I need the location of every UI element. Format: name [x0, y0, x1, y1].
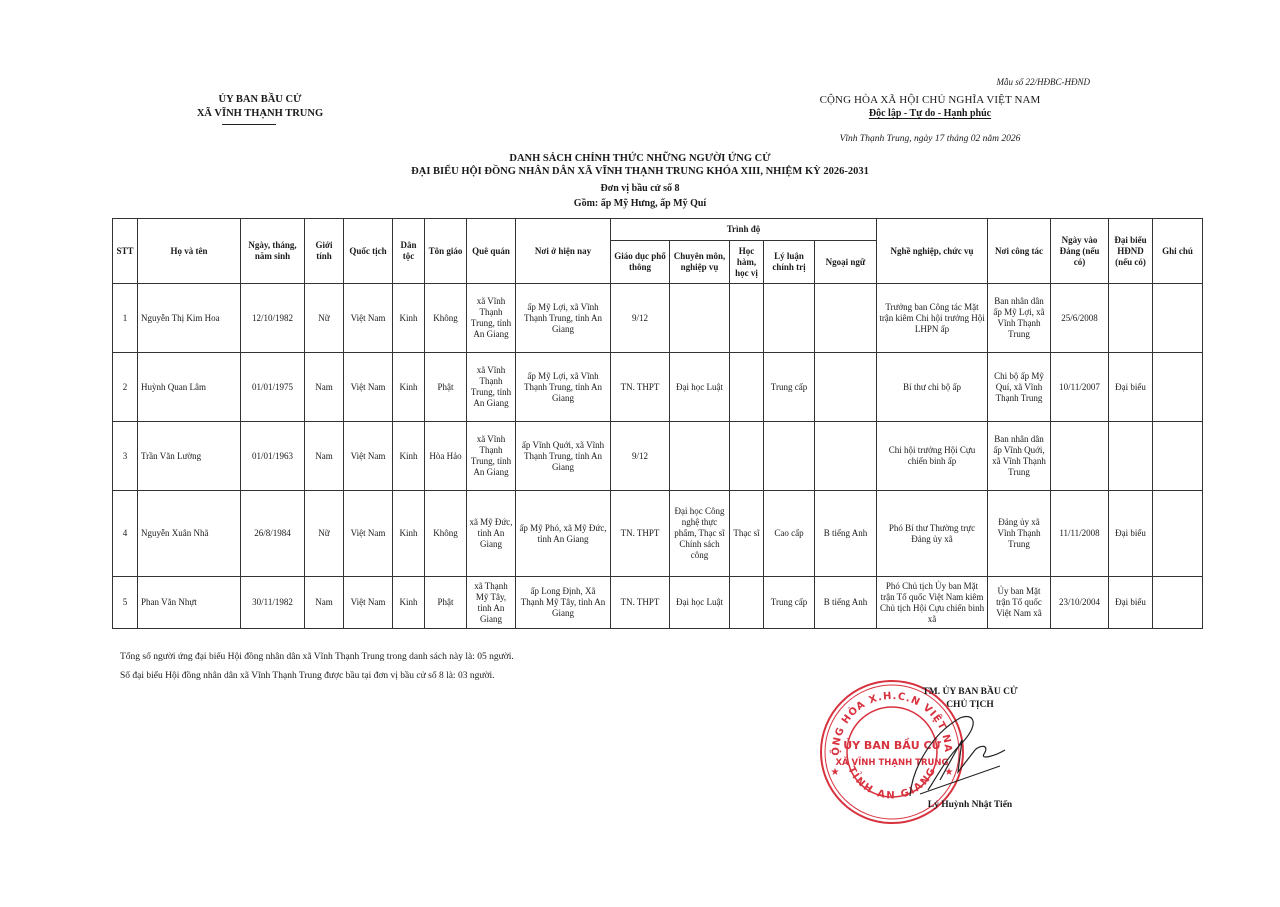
table-row: 1Nguyễn Thị Kim Hoa12/10/1982NữViệt NamK… — [113, 284, 1203, 353]
header-workplace: Nơi công tác — [988, 219, 1051, 284]
header-residence: Nơi ở hiện nay — [516, 219, 611, 284]
cell-nationality: Việt Nam — [344, 284, 393, 353]
org-underline-divider — [222, 124, 276, 125]
issuing-organization: ỦY BAN BẦU CỬ XÃ VĨNH THẠNH TRUNG — [150, 93, 370, 121]
cell-academic — [730, 353, 764, 422]
cell-general-edu: TN. THPT — [611, 577, 670, 629]
cell-gender: Nữ — [305, 491, 344, 577]
seal-star-left-icon: ★ — [831, 767, 840, 778]
cell-general-edu: TN. THPT — [611, 491, 670, 577]
header-nationality: Quốc tịch — [344, 219, 393, 284]
cell-stt: 5 — [113, 577, 138, 629]
title-line-2: ĐẠI BIỂU HỘI ĐỒNG NHÂN DÂN XÃ VĨNH THẠNH… — [300, 165, 980, 178]
table-row: 2Huỳnh Quan Lâm01/01/1975NamViệt NamKinh… — [113, 353, 1203, 422]
cell-political: Cao cấp — [764, 491, 815, 577]
cell-specialty — [670, 284, 730, 353]
cell-party-date: 25/6/2008 — [1051, 284, 1109, 353]
cell-note — [1153, 491, 1203, 577]
cell-gender: Nam — [305, 422, 344, 491]
cell-occupation: Phó Chủ tịch Ủy ban Mặt trận Tổ quốc Việ… — [877, 577, 988, 629]
cell-hometown: xã Mỹ Đức, tỉnh An Giang — [467, 491, 516, 577]
cell-ethnicity: Kinh — [393, 422, 425, 491]
cell-religion: Phật — [425, 353, 467, 422]
cell-dob: 30/11/1982 — [241, 577, 305, 629]
cell-council-member: Đại biểu — [1109, 577, 1153, 629]
cell-language — [815, 284, 877, 353]
cell-stt: 3 — [113, 422, 138, 491]
cell-residence: ấp Mỹ Lợi, xã Vĩnh Thạnh Trung, tỉnh An … — [516, 284, 611, 353]
header-dob: Ngày, tháng, năm sinh — [241, 219, 305, 284]
cell-workplace: Ban nhân dân ấp Vĩnh Quới, xã Vĩnh Thạnh… — [988, 422, 1051, 491]
national-motto: Độc lập - Tự do - Hạnh phúc — [770, 107, 1090, 121]
cell-name: Nguyễn Thị Kim Hoa — [138, 284, 241, 353]
cell-political — [764, 422, 815, 491]
cell-name: Nguyễn Xuân Nhã — [138, 491, 241, 577]
cell-council-member: Đại biểu — [1109, 491, 1153, 577]
cell-ethnicity: Kinh — [393, 353, 425, 422]
cell-name: Trần Văn Lường — [138, 422, 241, 491]
title-line-1: DANH SÁCH CHÍNH THỨC NHỮNG NGƯỜI ỨNG CỬ — [300, 152, 980, 165]
header-stt: STT — [113, 219, 138, 284]
cell-specialty: Đại học Luật — [670, 353, 730, 422]
table-row: 4Nguyễn Xuân Nhã26/8/1984NữViệt NamKinhK… — [113, 491, 1203, 577]
national-heading: CỘNG HÒA XÃ HỘI CHỦ NGHĨA VIỆT NAM Độc l… — [770, 93, 1090, 121]
elected-count-note: Số đại biểu Hội đồng nhân dân xã Vĩnh Th… — [120, 667, 514, 686]
form-number: Mẫu số 22/HĐBC-HĐND — [930, 77, 1090, 87]
cell-stt: 2 — [113, 353, 138, 422]
cell-council-member — [1109, 422, 1153, 491]
cell-ethnicity: Kinh — [393, 284, 425, 353]
cell-workplace: Ban nhân dân ấp Mỹ Lợi, xã Vĩnh Thạnh Tr… — [988, 284, 1051, 353]
header-political: Lý luận chính trị — [764, 241, 815, 284]
org-line-2: XÃ VĨNH THẠNH TRUNG — [150, 107, 370, 121]
cell-name: Phan Văn Nhựt — [138, 577, 241, 629]
cell-gender: Nam — [305, 353, 344, 422]
cell-dob: 01/01/1963 — [241, 422, 305, 491]
cell-dob: 26/8/1984 — [241, 491, 305, 577]
cell-note — [1153, 353, 1203, 422]
cell-academic: Thạc sĩ — [730, 491, 764, 577]
header-education-group: Trình độ — [611, 219, 877, 241]
header-name: Họ và tên — [138, 219, 241, 284]
cell-general-edu: 9/12 — [611, 284, 670, 353]
cell-specialty: Đại học Công nghệ thực phẩm, Thạc sĩ Chí… — [670, 491, 730, 577]
cell-residence: ấp Vĩnh Quới, xã Vĩnh Thạnh Trung, tỉnh … — [516, 422, 611, 491]
header-general-edu: Giáo dục phổ thông — [611, 241, 670, 284]
cell-occupation: Phó Bí thư Thường trực Đảng ủy xã — [877, 491, 988, 577]
cell-note — [1153, 577, 1203, 629]
electoral-unit: Đơn vị bầu cử số 8 — [300, 182, 980, 195]
cell-specialty — [670, 422, 730, 491]
cell-academic — [730, 577, 764, 629]
candidate-table: STT Họ và tên Ngày, tháng, năm sinh Giới… — [112, 218, 1203, 629]
cell-name: Huỳnh Quan Lâm — [138, 353, 241, 422]
cell-language — [815, 422, 877, 491]
electoral-unit-areas: Gồm: ấp Mỹ Hưng, ấp Mỹ Quí — [300, 197, 980, 210]
cell-ethnicity: Kinh — [393, 491, 425, 577]
table-row: 3Trần Văn Lường01/01/1963NamViệt NamKinh… — [113, 422, 1203, 491]
candidate-table-body: 1Nguyễn Thị Kim Hoa12/10/1982NữViệt NamK… — [113, 284, 1203, 629]
header-ethnicity: Dân tộc — [393, 219, 425, 284]
cell-language: B tiếng Anh — [815, 491, 877, 577]
header-occupation: Nghề nghiệp, chức vụ — [877, 219, 988, 284]
cell-political — [764, 284, 815, 353]
cell-academic — [730, 284, 764, 353]
document-title: DANH SÁCH CHÍNH THỨC NHỮNG NGƯỜI ỨNG CỬ … — [300, 152, 980, 210]
org-line-1: ỦY BAN BẦU CỬ — [150, 93, 370, 107]
cell-stt: 1 — [113, 284, 138, 353]
cell-occupation: Bí thư chi bộ ấp — [877, 353, 988, 422]
cell-religion: Hòa Hảo — [425, 422, 467, 491]
on-behalf-label: TM. ỦY BAN BẦU CỬ — [900, 686, 1040, 699]
header-language: Ngoại ngữ — [815, 241, 877, 284]
cell-nationality: Việt Nam — [344, 422, 393, 491]
header-gender: Giới tính — [305, 219, 344, 284]
cell-nationality: Việt Nam — [344, 491, 393, 577]
cell-party-date: 23/10/2004 — [1051, 577, 1109, 629]
cell-residence: ấp Mỹ Phó, xã Mỹ Đức, tỉnh An Giang — [516, 491, 611, 577]
cell-stt: 4 — [113, 491, 138, 577]
cell-hometown: xã Vĩnh Thạnh Trung, tỉnh An Giang — [467, 422, 516, 491]
header-party-date: Ngày vào Đảng (nếu có) — [1051, 219, 1109, 284]
cell-dob: 12/10/1982 — [241, 284, 305, 353]
cell-nationality: Việt Nam — [344, 577, 393, 629]
cell-council-member: Đại biểu — [1109, 353, 1153, 422]
cell-residence: ấp Mỹ Lợi, xã Vĩnh Thạnh Trung, tỉnh An … — [516, 353, 611, 422]
header-academic: Học hàm, học vị — [730, 241, 764, 284]
cell-political: Trung cấp — [764, 353, 815, 422]
cell-gender: Nam — [305, 577, 344, 629]
header-note: Ghi chú — [1153, 219, 1203, 284]
cell-ethnicity: Kinh — [393, 577, 425, 629]
cell-hometown: xã Vĩnh Thạnh Trung, tỉnh An Giang — [467, 353, 516, 422]
header-religion: Tôn giáo — [425, 219, 467, 284]
summary-notes: Tổng số người ứng đại biểu Hội đồng nhân… — [120, 648, 514, 686]
total-candidates-note: Tổng số người ứng đại biểu Hội đồng nhân… — [120, 648, 514, 667]
cell-general-edu: 9/12 — [611, 422, 670, 491]
cell-residence: ấp Long Định, Xã Thạnh Mỹ Tây, tỉnh An G… — [516, 577, 611, 629]
cell-council-member — [1109, 284, 1153, 353]
cell-specialty: Đại học Luật — [670, 577, 730, 629]
signer-name: Lý Huỳnh Nhật Tiến — [900, 800, 1040, 810]
cell-general-edu: TN. THPT — [611, 353, 670, 422]
cell-occupation: Chi hội trưởng Hội Cựu chiến binh ấp — [877, 422, 988, 491]
nation-title: CỘNG HÒA XÃ HỘI CHỦ NGHĨA VIỆT NAM — [770, 93, 1090, 107]
cell-language — [815, 353, 877, 422]
candidate-table-container: STT Họ và tên Ngày, tháng, năm sinh Giới… — [112, 218, 1202, 629]
cell-occupation: Trưởng ban Công tác Mặt trận kiêm Chi hộ… — [877, 284, 988, 353]
cell-note — [1153, 284, 1203, 353]
cell-hometown: xã Vĩnh Thạnh Trung, tỉnh An Giang — [467, 284, 516, 353]
cell-dob: 01/01/1975 — [241, 353, 305, 422]
cell-academic — [730, 422, 764, 491]
cell-party-date: 10/11/2007 — [1051, 353, 1109, 422]
cell-workplace: Đảng ủy xã Vĩnh Thạnh Trung — [988, 491, 1051, 577]
table-row: 5Phan Văn Nhựt30/11/1982NamViệt NamKinhP… — [113, 577, 1203, 629]
cell-religion: Phật — [425, 577, 467, 629]
cell-nationality: Việt Nam — [344, 353, 393, 422]
header-council-member: Đại biểu HĐND (nếu có) — [1109, 219, 1153, 284]
signature-block: TM. ỦY BAN BẦU CỬ CHỦ TỊCH — [900, 686, 1040, 712]
cell-religion: Không — [425, 284, 467, 353]
cell-gender: Nữ — [305, 284, 344, 353]
cell-religion: Không — [425, 491, 467, 577]
place-and-date: Vĩnh Thạnh Trung, ngày 17 tháng 02 năm 2… — [770, 134, 1090, 144]
cell-language: B tiếng Anh — [815, 577, 877, 629]
header-hometown: Quê quán — [467, 219, 516, 284]
handwritten-signature-icon — [900, 710, 1010, 800]
cell-party-date: 11/11/2008 — [1051, 491, 1109, 577]
cell-note — [1153, 422, 1203, 491]
cell-hometown: xã Thạnh Mỹ Tây, tỉnh An Giang — [467, 577, 516, 629]
cell-workplace: Chi bộ ấp Mỹ Quí, xã Vĩnh Thạnh Trung — [988, 353, 1051, 422]
header-specialty: Chuyên môn, nghiệp vụ — [670, 241, 730, 284]
cell-political: Trung cấp — [764, 577, 815, 629]
cell-workplace: Ủy ban Mặt trận Tổ quốc Việt Nam xã — [988, 577, 1051, 629]
cell-party-date — [1051, 422, 1109, 491]
